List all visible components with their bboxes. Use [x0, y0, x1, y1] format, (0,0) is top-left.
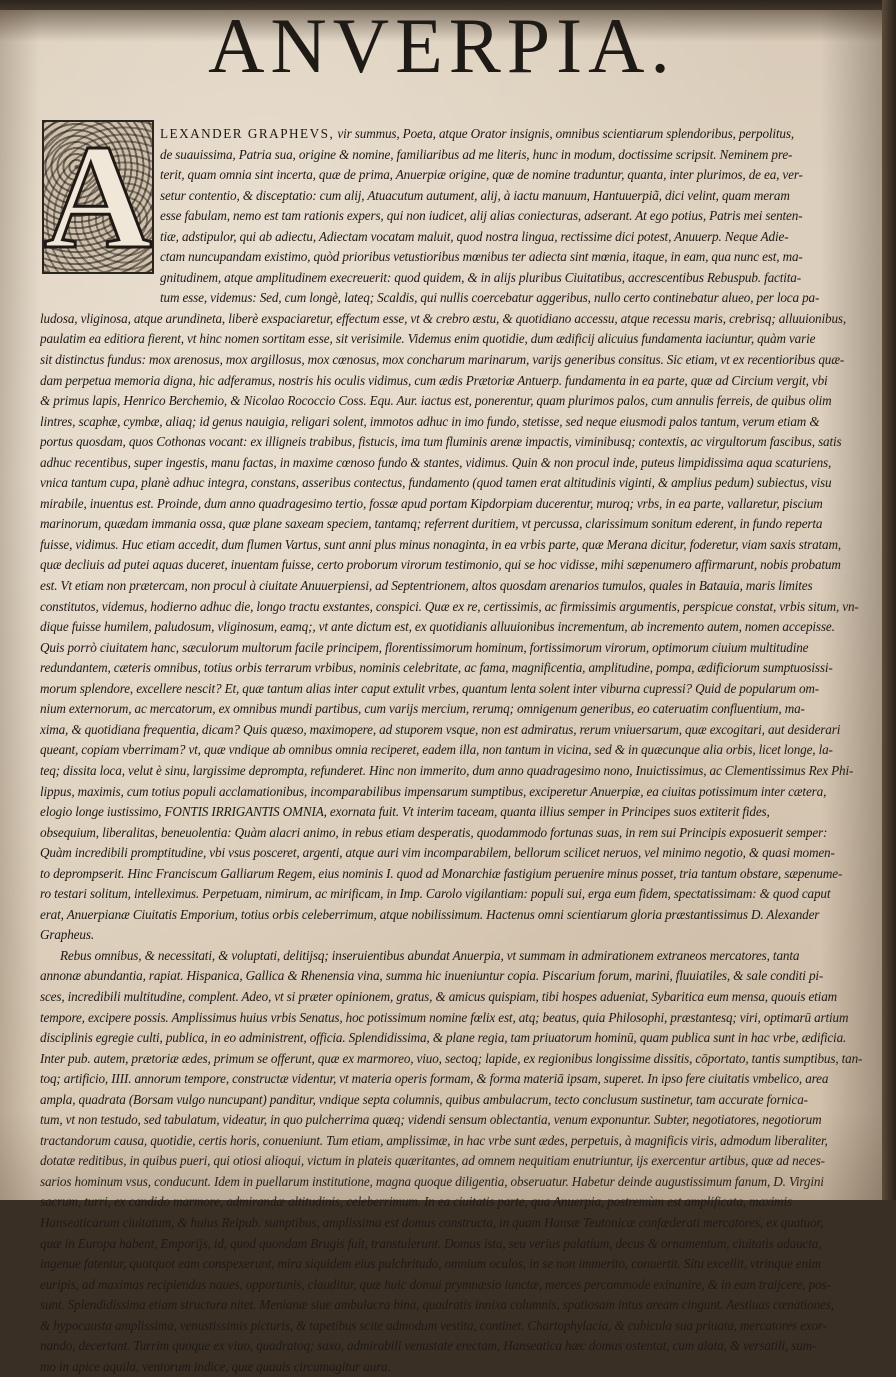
body-text: LEXANDER GRAPHEVS, vir summus, Poeta, at…: [40, 124, 882, 1200]
text-line: tiæ, adstipulor, qui ab adiectu, Adiecta…: [40, 227, 882, 248]
document-page: ANVERPIA. A LEXANDER GRAPHEVS, vir summu…: [0, 10, 884, 1200]
text-line: tum esse, videmus: Sed, cum longè, lateq…: [40, 288, 882, 309]
text-line: esse fabulam, nemo est tam rationis expe…: [40, 206, 882, 227]
text-line: tempore, excipere possis. Amplissimus hu…: [40, 1008, 882, 1029]
text-line: setur contentio, & disceptatio: cum alij…: [40, 186, 882, 207]
text-line: morum splendore, excellere nescit? Et, q…: [40, 679, 882, 700]
page-title: ANVERPIA.: [0, 6, 884, 86]
text-line: obsequium, liberalitas, beneuolentia: Qu…: [40, 823, 882, 844]
text-line: ludosa, vliginosa, atque arundineta, lib…: [40, 309, 882, 330]
text-line: nium externorum, ac mercatorum, ex omnib…: [40, 699, 882, 720]
text-line: ampla, quadrata (Borsam vulgo nuncupant)…: [40, 1090, 882, 1111]
text-line: tractandorum causa, quotidie, certis hor…: [40, 1131, 882, 1152]
text-line: teq; dissita loca, velut è sinu, largiss…: [40, 761, 882, 782]
text-line: constitutos, videmus, hodierno adhuc die…: [40, 597, 882, 618]
text-line: adhuc recentibus, super ingestis, manu f…: [40, 453, 882, 474]
text-line: erat, Anuerpianæ Ciuitatis Emporium, tot…: [40, 905, 882, 926]
text-line: annonæ abundantia, rapiat. Hispanica, Ga…: [40, 966, 882, 987]
text-line: de suauissima, Patria sua, origine & nom…: [40, 145, 882, 166]
text-line: terit, quam omnia sint incerta, quæ de p…: [40, 165, 882, 186]
text-line: dotatæ reditibus, in quibus pueri, qui o…: [40, 1151, 882, 1172]
text-line: queant, copiam vberrimam? vt, quæ vndiqu…: [40, 740, 882, 761]
text-line: dique fuisse humilem, paludosum, vligino…: [40, 617, 882, 638]
text-line: disciplinis egregie culti, publica, in e…: [40, 1028, 882, 1049]
text-line: dam perpetua memoria digna, hic adferamu…: [40, 371, 882, 392]
text-line: lintres, scaphæ, cymbæ, aliaq; id genus …: [40, 412, 882, 433]
text-line: vnica tantum cupa, planè adhuc integra, …: [40, 473, 882, 494]
text-line: ro testari solitum, intelleximus. Perpet…: [40, 884, 882, 905]
text-line: elogio longe iustissimo, FONTIS IRRIGANT…: [40, 802, 882, 823]
text-line: Quàm incredibili promptitudine, vbi vsus…: [40, 843, 882, 864]
text-line: lippus, maximis, cum totius populi accla…: [40, 782, 882, 803]
text-line: sces, incredibili multitudine, complent.…: [40, 987, 882, 1008]
text-line: portus quosdam, quos Cothonas vocant: ex…: [40, 432, 882, 453]
text-line: ctam nuncupandam existimo, quòd prioribu…: [40, 247, 882, 268]
text-line: toq; artificio, IIII. annorum tempore, c…: [40, 1069, 882, 1090]
first-line-caps: LEXANDER GRAPHEVS,: [160, 126, 334, 141]
text-line: tum, vt non testudo, sed tabulatum, vide…: [40, 1110, 882, 1131]
text-line: Rebus omnibus, & necessitati, & voluptat…: [40, 946, 882, 967]
text-line: redundantem, cæteris omnibus, totius orb…: [40, 658, 882, 679]
text-line: fuisse, vidimus. Huc etiam accedit, dum …: [40, 535, 882, 556]
text-line: quæ decliuis ad putei aquas duceret, inu…: [40, 555, 882, 576]
text-line: paulatim ea editiora fierent, vt hinc no…: [40, 329, 882, 350]
frame-right-edge: [882, 0, 896, 1200]
text-line: sarios hominum vsus, conducunt. Idem in …: [40, 1172, 882, 1193]
text-line: to deprompserit. Hinc Franciscum Galliar…: [40, 864, 882, 885]
text-line: Grapheus.: [40, 925, 882, 946]
text-line: sacrum, turri, ex candido marmore, admir…: [40, 1192, 882, 1200]
text-line: & primus lapis, Henrico Berchemio, & Nic…: [40, 391, 882, 412]
text-line: LEXANDER GRAPHEVS, vir summus, Poeta, at…: [40, 124, 882, 145]
text-line: xima, & quotidiana frequentia, dicam? Qu…: [40, 720, 882, 741]
text-line: sit distinctus fundus: mox arenosus, mox…: [40, 350, 882, 371]
text-line: mirabile, inuentus est. Proinde, dum ann…: [40, 494, 882, 515]
text-line: gnitudinem, atque amplitudinem execreuer…: [40, 268, 882, 289]
text-line: marinorum, quædam immania ossa, quæ plan…: [40, 514, 882, 535]
text-line: Inter pub. autem, prætoriæ ædes, primum …: [40, 1049, 882, 1070]
text-line: Quis porrò ciuitatem hanc, sæculorum mul…: [40, 638, 882, 659]
text-line: est. Vt etiam non prætercam, non procul …: [40, 576, 882, 597]
